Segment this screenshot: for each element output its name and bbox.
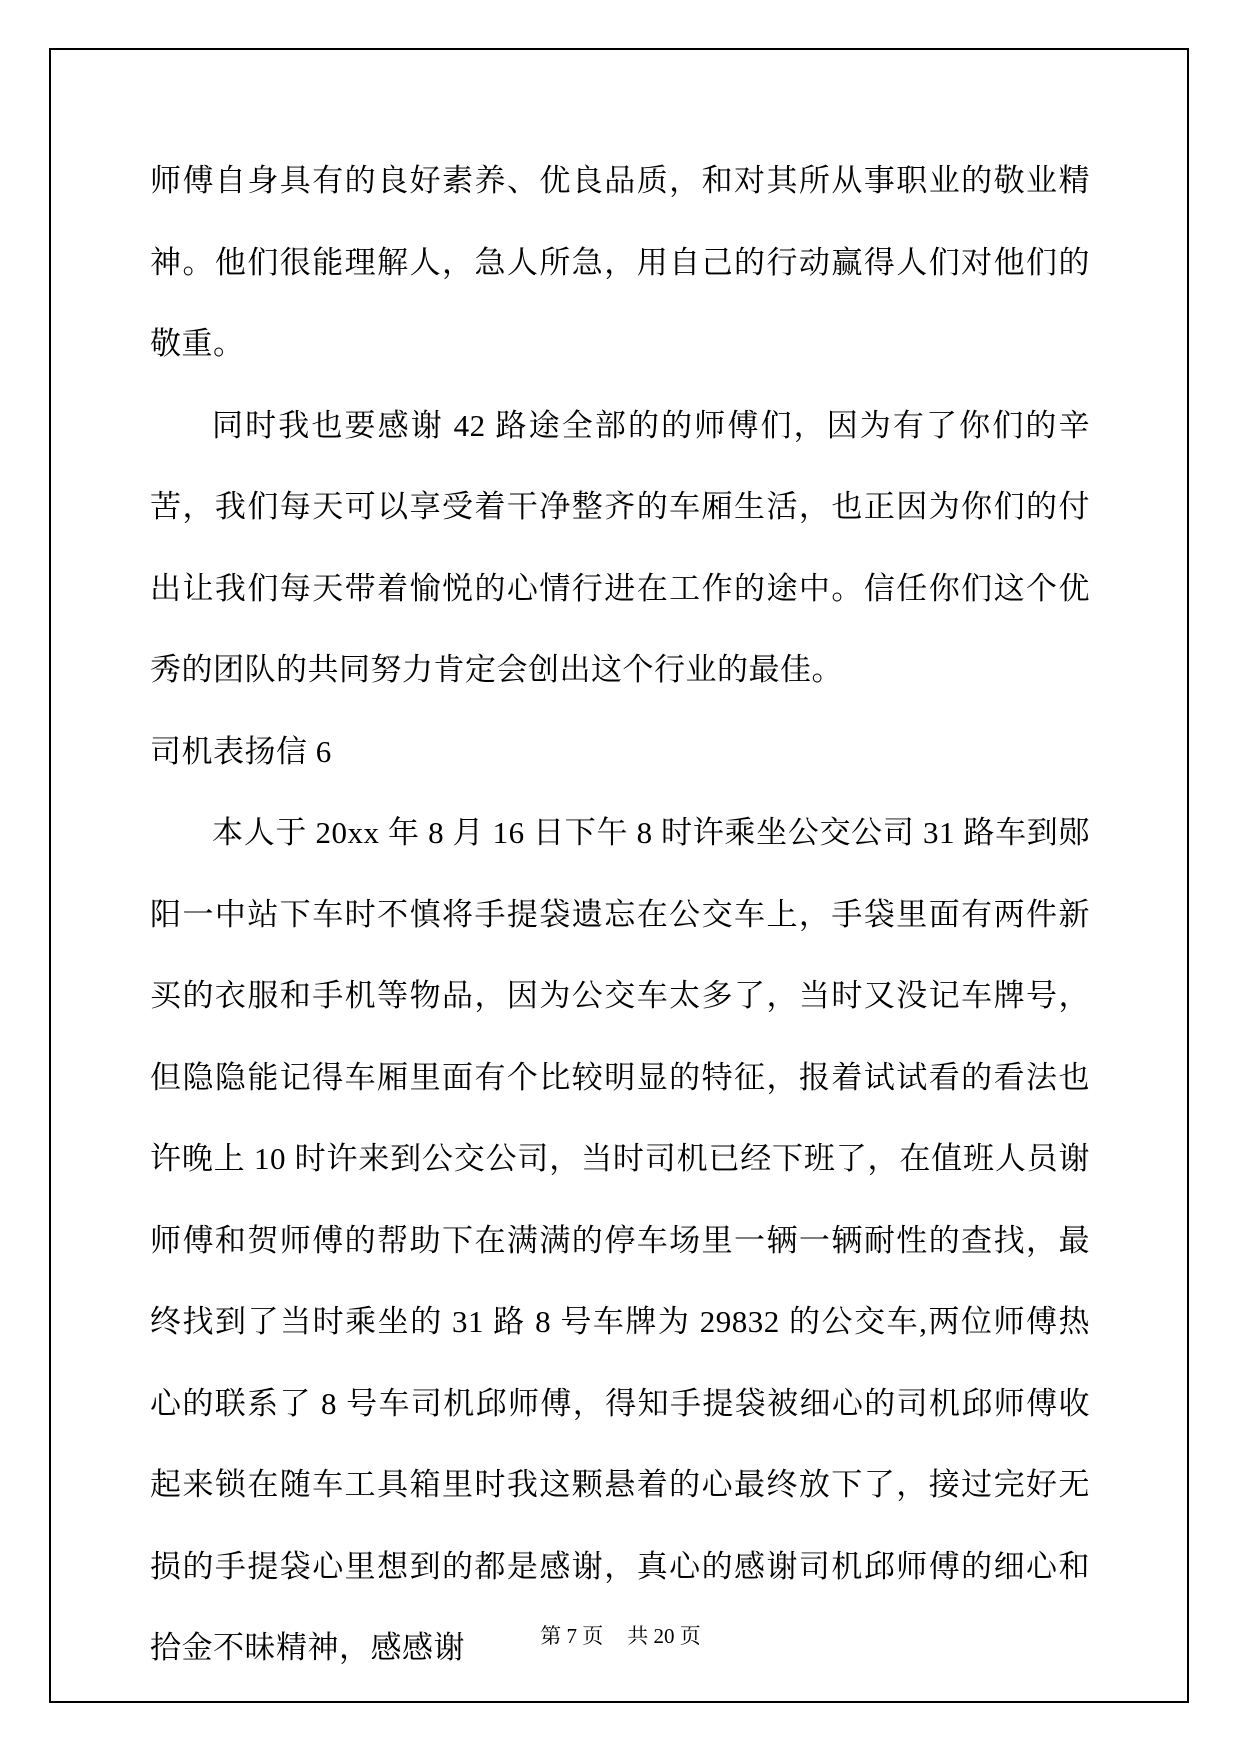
paragraph-thanks-route-42: 同时我也要感谢 42 路途全部的的师傅们，因为有了你们的辛苦，我们每天可以享受着…	[150, 385, 1090, 711]
document-content: 师傅自身具有的良好素养、优良品质，和对其所从事职业的敬业精神。他们很能理解人，急…	[150, 140, 1090, 1689]
page-footer: 第 7 页共 20 页	[0, 1621, 1241, 1651]
section-heading-letter-6: 司机表扬信 6	[150, 711, 1090, 793]
page-total-label: 共 20 页	[627, 1624, 701, 1648]
paragraph-continuation: 师傅自身具有的良好素养、优良品质，和对其所从事职业的敬业精神。他们很能理解人，急…	[150, 140, 1090, 385]
page-number-label: 第 7 页	[540, 1624, 603, 1648]
paragraph-lost-bag-story: 本人于 20xx 年 8 月 16 日下午 8 时许乘坐公交公司 31 路车到郧…	[150, 792, 1090, 1689]
